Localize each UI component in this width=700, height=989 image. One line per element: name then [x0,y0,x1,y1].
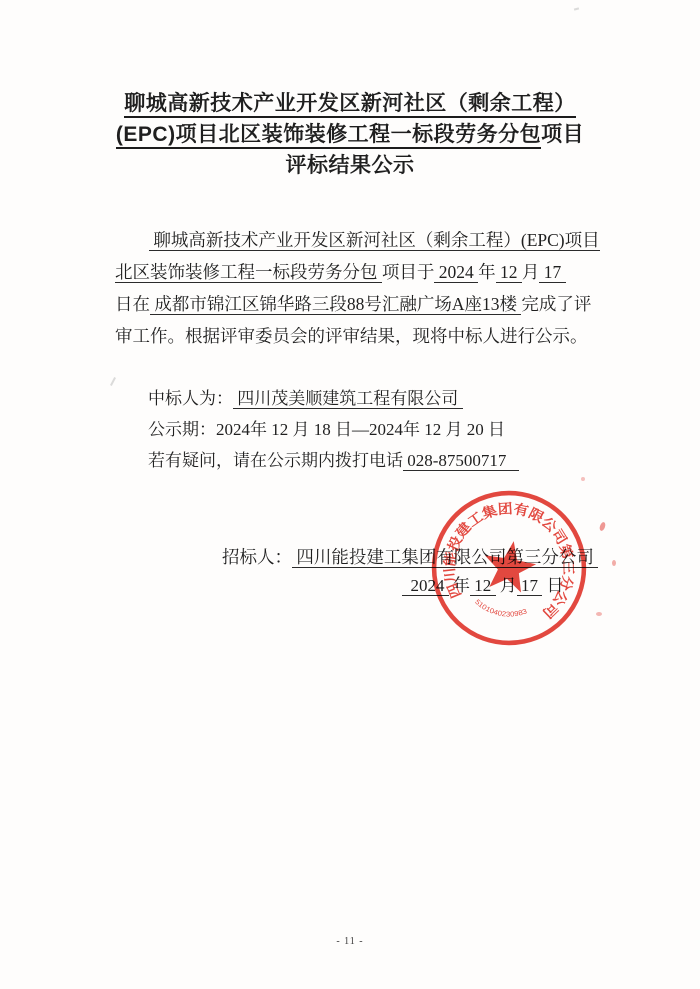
document-page: 聊城高新技术产业开发区新河社区（剩余工程）(EPC)项目北区装饰装修工程一标段劳… [0,0,700,989]
text-line: 公示期：2024年 12 月 18 日—2024年 12 月 20 日 [148,414,519,445]
document-title: 聊城高新技术产业开发区新河社区（剩余工程）(EPC)项目北区装饰装修工程一标段劳… [0,88,700,181]
text-segment: 年 [478,262,496,282]
underlined-text-segment: 17 [539,262,565,283]
stamp-serial-arc-text: 5101040230983 [472,597,530,622]
text-segment: 项目于 [382,262,435,282]
text-line: 聊城高新技术产业开发区新河社区（剩余工程）(EPC)项目 [115,224,593,256]
stamp-star-icon [480,537,540,595]
page-number: - 11 - [0,936,700,947]
award-section: 中标人为： 四川茂美顺建筑工程有限公司 公示期：2024年 12 月 18 日—… [148,383,519,476]
text-segment: 月 [522,262,540,282]
text-segment: 若有疑问，请在公示期内拨打电话 [148,451,403,470]
text-line: 审工作。根据评审委员会的评审结果，现将中标人进行公示。 [115,320,593,352]
announcement-paragraph: 聊城高新技术产业开发区新河社区（剩余工程）(EPC)项目北区装饰装修工程一标段劳… [115,224,593,352]
text-line: 中标人为： 四川茂美顺建筑工程有限公司 [148,383,519,414]
underlined-text-segment: 成都市锦江区锦华路三段88号汇融广场A座13楼 [150,294,521,315]
underlined-text-segment: 2024 [434,262,478,283]
text-line: 北区装饰装修工程一标段劳务分包 项目于 2024 年 12 月 17 [115,256,593,288]
underlined-text-segment: (EPC)项目北区装饰装修工程一标段劳务分包 [116,123,541,149]
scan-smudge [110,377,116,386]
text-line: (EPC)项目北区装饰装修工程一标段劳务分包项目 [0,119,700,150]
company-seal-stamp: 四川能投建工集团有限公司第三分公司 5101040230983 [428,487,590,649]
svg-text:5101040230983: 5101040230983 [472,597,530,622]
text-segment: 完成了评 [521,294,591,314]
underlined-text-segment: 北区装饰装修工程一标段劳务分包 [115,262,382,283]
scan-smudge [574,7,579,10]
underlined-text-segment: 四川茂美顺建筑工程有限公司 [233,389,463,409]
stamp-ink-speck [612,560,616,566]
text-segment: 招标人： [222,547,292,567]
underlined-text-segment: 12 [496,262,522,283]
text-line: 评标结果公示 [0,150,700,181]
underlined-text-segment: 聊城高新技术产业开发区新河社区（剩余工程） [124,92,576,118]
text-segment: 日在 [115,294,150,314]
text-line: 聊城高新技术产业开发区新河社区（剩余工程） [0,88,700,119]
text-segment: 中标人为： [148,389,233,408]
text-segment: 审工作。根据评审委员会的评审结果，现将中标人进行公示。 [115,326,588,346]
text-segment: 项目 [541,123,584,146]
text-segment: 公示期：2024年 12 月 18 日—2024年 12 月 20 日 [148,420,505,439]
text-line: 日在 成都市锦江区锦华路三段88号汇融广场A座13楼 完成了评 [115,288,593,320]
underlined-text-segment: 028-87500717 [403,451,519,471]
stamp-ink-speck [581,477,585,481]
stamp-ink-speck [596,612,602,616]
stamp-ink-speck [599,521,607,531]
text-line: 若有疑问，请在公示期内拨打电话 028-87500717 [148,445,519,476]
underlined-text-segment: 聊城高新技术产业开发区新河社区（剩余工程）(EPC)项目 [149,230,600,251]
text-segment: 评标结果公示 [286,154,415,177]
